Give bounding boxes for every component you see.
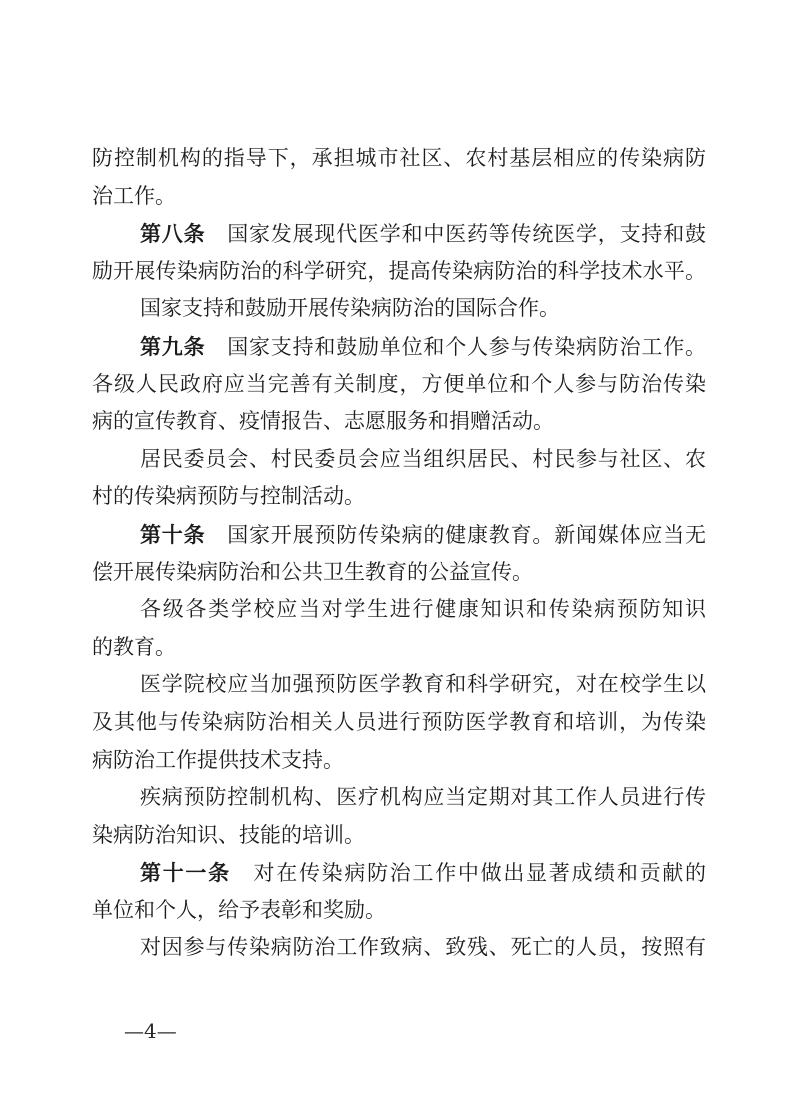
- text-segment: 国家开展预防传染病的健康教育。新闻媒体应当无: [205, 523, 706, 547]
- text-line: 各级人民政府应当完善有关制度，方便单位和个人参与防治传染: [92, 366, 706, 404]
- text-segment: 偿开展传染病防治和公共卫生教育的公益宣传。: [92, 560, 533, 584]
- text-segment: 国家发展现代医学和中医药等传统医学，支持和鼓: [205, 222, 706, 246]
- text-line: 居民委员会、村民委员会应当组织居民、村民参与社区、农: [92, 441, 706, 479]
- text-line: 国家支持和鼓励开展传染病防治的国际合作。: [92, 290, 706, 328]
- text-line: 及其他与传染病防治相关人员进行预防医学教育和培训，为传染: [92, 704, 706, 742]
- text-segment: 各级各类学校应当对学生进行健康知识和传染病预防知识: [140, 597, 706, 621]
- text-segment: 病防治工作提供技术支持。: [92, 748, 344, 772]
- text-line: 治工作。: [92, 178, 706, 216]
- text-segment: 治工作。: [92, 184, 176, 208]
- text-line: 第十一条 对在传染病防治工作中做出显著成绩和贡献的: [92, 854, 706, 892]
- text-line: 病的宣传教育、疫情报告、志愿服务和捐赠活动。: [92, 403, 706, 441]
- text-segment: 及其他与传染病防治相关人员进行预防医学教育和培训，为传染: [92, 710, 706, 734]
- text-line: 病防治工作提供技术支持。: [92, 742, 706, 780]
- text-segment: 居民委员会、村民委员会应当组织居民、村民参与社区、农: [140, 447, 706, 471]
- page-number: —4—: [124, 1019, 177, 1043]
- article-number: 第十条: [140, 522, 205, 547]
- text-segment: 各级人民政府应当完善有关制度，方便单位和个人参与防治传染: [92, 372, 706, 396]
- text-line: 各级各类学校应当对学生进行健康知识和传染病预防知识: [92, 591, 706, 629]
- text-line: 单位和个人，给予表彰和奖励。: [92, 892, 706, 930]
- text-line: 第十条 国家开展预防传染病的健康教育。新闻媒体应当无: [92, 516, 706, 554]
- text-segment: 医学院校应当加强预防医学教育和科学研究，对在校学生以: [140, 672, 706, 696]
- text-segment: 国家支持和鼓励开展传染病防治的国际合作。: [140, 296, 560, 320]
- text-line: 对因参与传染病防治工作致病、致残、死亡的人员，按照有: [92, 929, 706, 967]
- article-number: 第十一条: [140, 860, 231, 885]
- text-line: 村的传染病预防与控制活动。: [92, 478, 706, 516]
- text-segment: 单位和个人，给予表彰和奖励。: [92, 898, 386, 922]
- page-footer: —4—: [124, 1019, 177, 1043]
- text-segment: 染病防治知识、技能的培训。: [92, 823, 365, 847]
- text-line: 第九条 国家支持和鼓励单位和个人参与传染病防治工作。: [92, 328, 706, 366]
- article-number: 第九条: [140, 334, 205, 359]
- text-segment: 村的传染病预防与控制活动。: [92, 484, 365, 508]
- text-segment: 励开展传染病防治的科学研究，提高传染病防治的科学技术水平。: [92, 259, 706, 283]
- document-page: 防控制机构的指导下，承担城市社区、农村基层相应的传染病防治工作。第八条 国家发展…: [0, 0, 790, 1118]
- article-number: 第八条: [140, 221, 205, 246]
- text-line: 疾病预防控制机构、医疗机构应当定期对其工作人员进行传: [92, 779, 706, 817]
- text-line: 励开展传染病防治的科学研究，提高传染病防治的科学技术水平。: [92, 253, 706, 291]
- text-segment: 疾病预防控制机构、医疗机构应当定期对其工作人员进行传: [140, 785, 706, 809]
- text-segment: 的教育。: [92, 635, 176, 659]
- text-line: 医学院校应当加强预防医学教育和科学研究，对在校学生以: [92, 666, 706, 704]
- text-segment: 病的宣传教育、疫情报告、志愿服务和捐赠活动。: [92, 409, 554, 433]
- text-line: 第八条 国家发展现代医学和中医药等传统医学，支持和鼓: [92, 215, 706, 253]
- document-body: 防控制机构的指导下，承担城市社区、农村基层相应的传染病防治工作。第八条 国家发展…: [92, 140, 706, 967]
- text-segment: 对在传染病防治工作中做出显著成绩和贡献的: [231, 861, 706, 885]
- text-line: 偿开展传染病防治和公共卫生教育的公益宣传。: [92, 554, 706, 592]
- text-line: 染病防治知识、技能的培训。: [92, 817, 706, 855]
- text-segment: 防控制机构的指导下，承担城市社区、农村基层相应的传染病防: [92, 146, 706, 170]
- text-line: 的教育。: [92, 629, 706, 667]
- text-line: 防控制机构的指导下，承担城市社区、农村基层相应的传染病防: [92, 140, 706, 178]
- text-segment: 国家支持和鼓励单位和个人参与传染病防治工作。: [205, 335, 706, 359]
- text-segment: 对因参与传染病防治工作致病、致残、死亡的人员，按照有: [140, 935, 706, 959]
